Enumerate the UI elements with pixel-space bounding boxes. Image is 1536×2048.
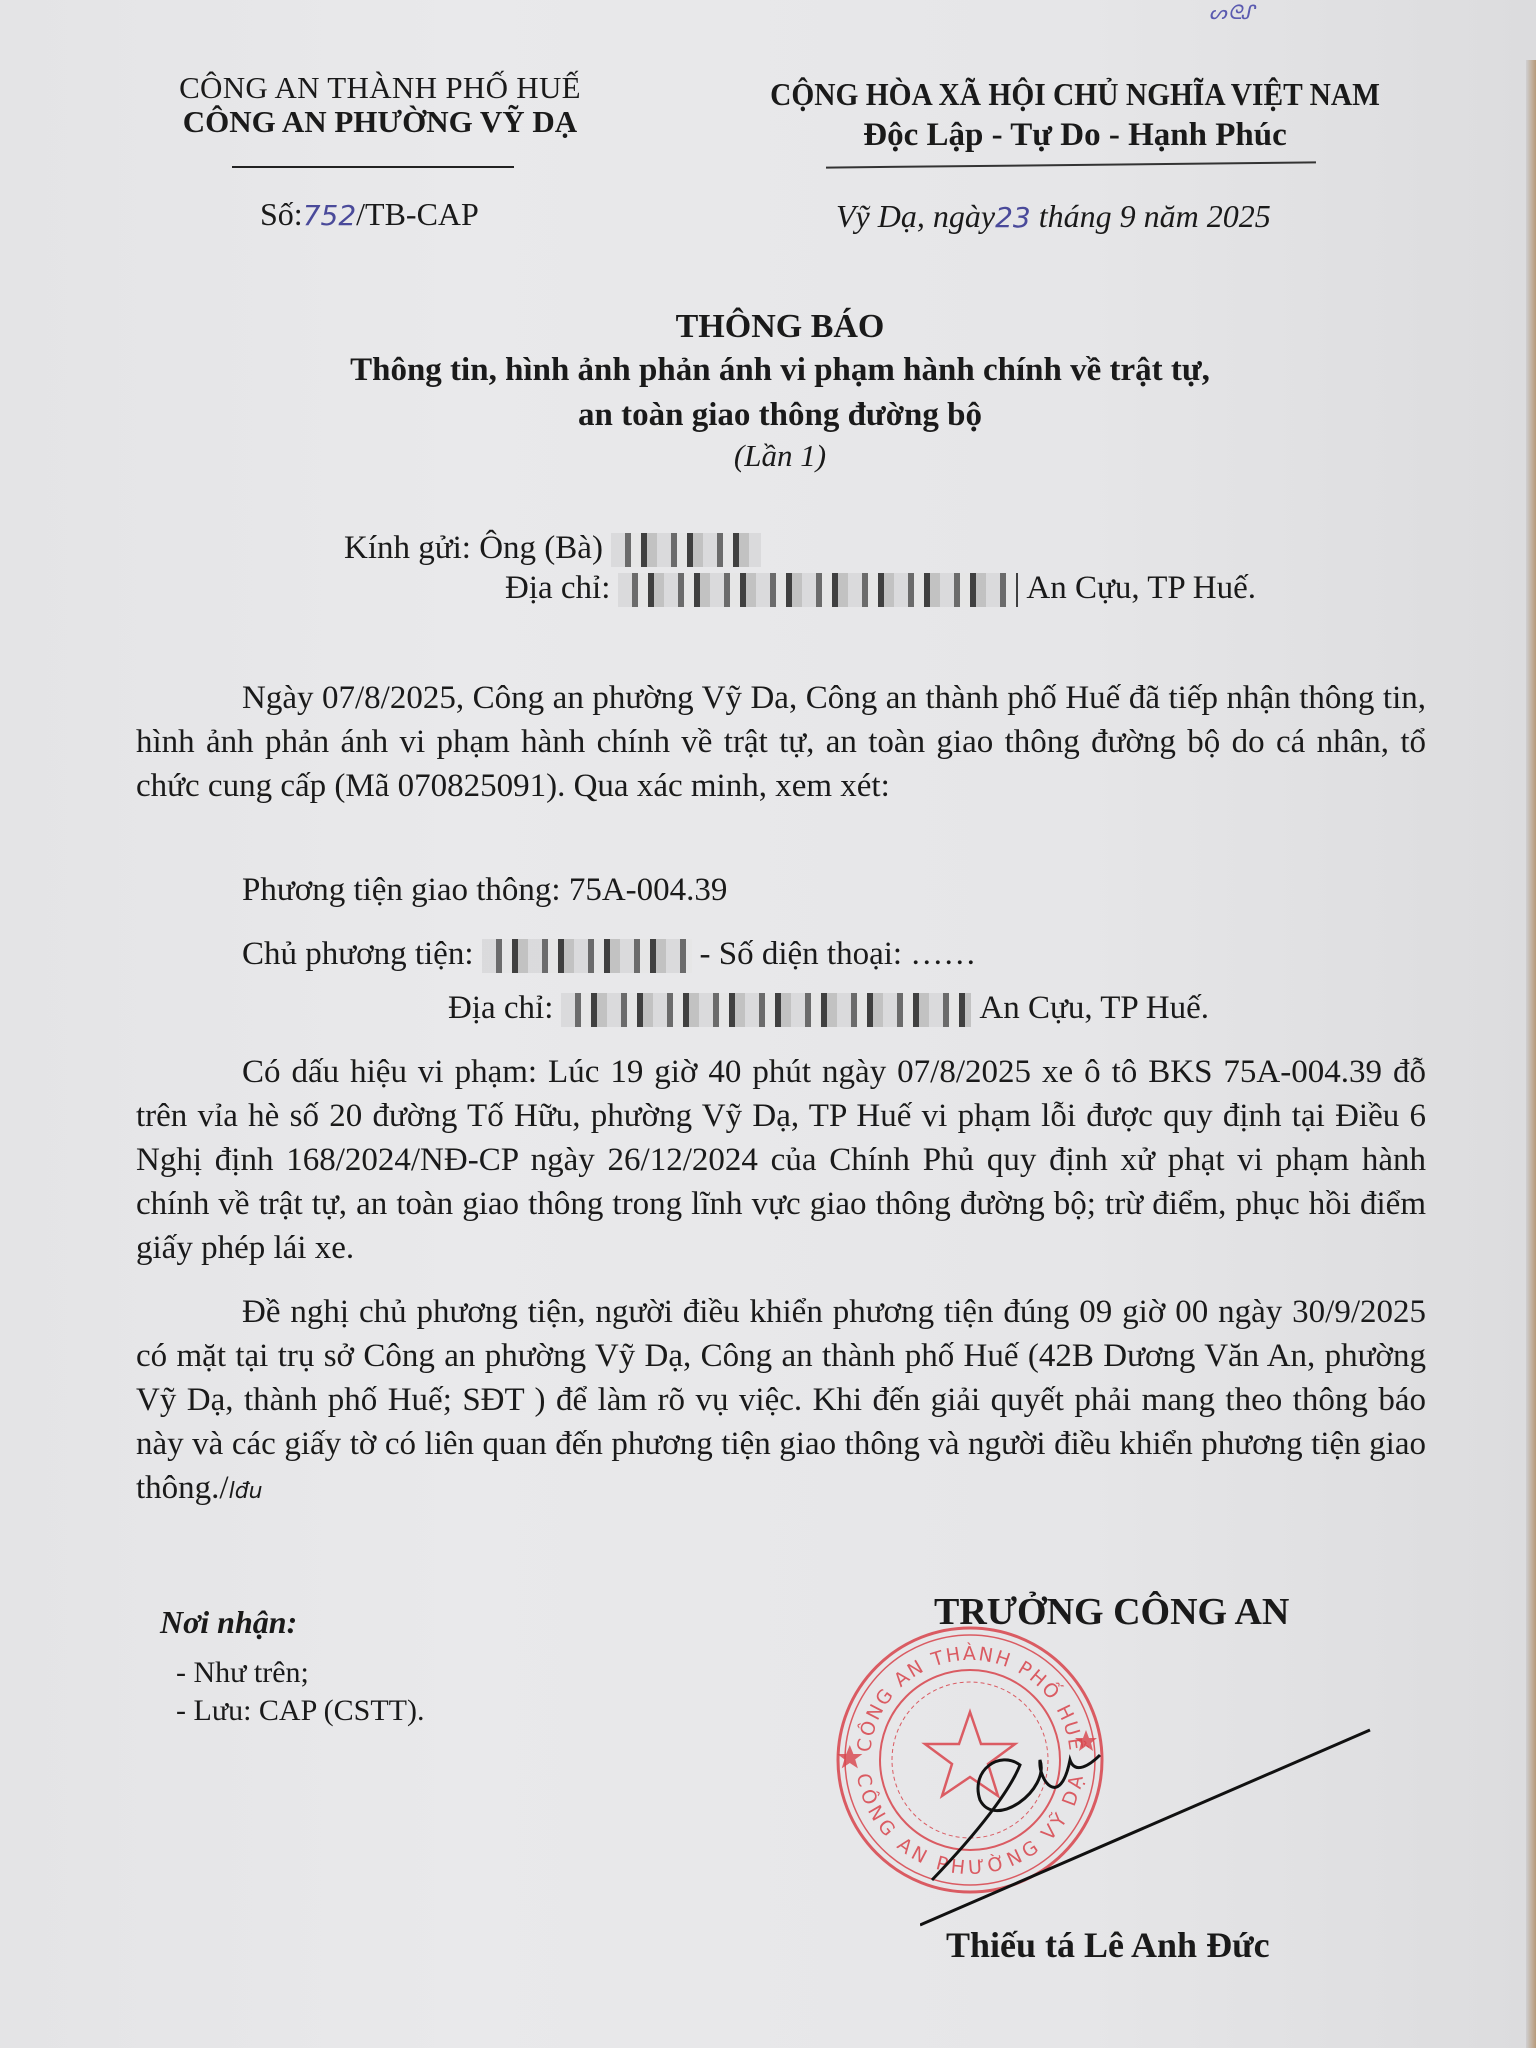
agency-underline (232, 166, 514, 168)
violation-paragraph: Có dấu hiệu vi phạm: Lúc 19 giờ 40 phút … (136, 1050, 1426, 1270)
request-paragraph: Đề nghị chủ phương tiện, người điều khiể… (136, 1290, 1426, 1514)
redacted-owner-address (561, 993, 971, 1027)
document-title: THÔNG BÁO Thông tin, hình ảnh phản ánh v… (160, 308, 1400, 474)
document-number: Số:752/TB-CAP (260, 196, 479, 233)
title-line-2: an toàn giao thông đường bộ (160, 397, 1400, 434)
redacted-address (618, 573, 1018, 607)
national-header: CỘNG HÒA XÃ HỘI CHỦ NGHĨA VIỆT NAM Độc L… (690, 76, 1460, 154)
issuing-agency-block: CÔNG AN THÀNH PHỐ HUẾ CÔNG AN PHƯỜNG VỸ … (130, 70, 630, 140)
signature-stroke-icon (920, 1720, 1390, 1930)
initial-mark: lđu (229, 1479, 263, 1504)
paper-edge (1526, 60, 1536, 2048)
motto-underline (826, 161, 1316, 168)
intro-paragraph: Ngày 07/8/2025, Công an phường Vỹ Da, Cô… (136, 676, 1426, 808)
handwritten-corner-mark: ᔕᘓᔑ (1210, 0, 1256, 24)
handwritten-number: 752 (303, 199, 356, 232)
title-line-1: Thông tin, hình ảnh phản ánh vi phạm hàn… (160, 352, 1400, 389)
recipient-item: - Lưu: CAP (CSTT). (176, 1694, 424, 1728)
title-heading: THÔNG BÁO (160, 308, 1400, 346)
redacted-name (611, 533, 761, 567)
recipient-item: - Như trên; (176, 1656, 309, 1690)
issue-date: Vỹ Dạ, ngày23 tháng 9 năm 2025 (836, 198, 1271, 235)
redacted-owner (482, 939, 692, 973)
parent-agency: CÔNG AN THÀNH PHỐ HUẾ (130, 70, 630, 106)
signer-name: Thiếu tá Lê Anh Đức (946, 1924, 1270, 1966)
vehicle-owner: Chủ phương tiện:- Số diện thoại: …… (242, 936, 976, 973)
owner-address: Địa chỉ:An Cựu, TP Huế. (448, 990, 1209, 1027)
recipient-line: Kính gửi: Ông (Bà) (344, 530, 769, 567)
national-motto: Độc Lập - Tự Do - Hạnh Phúc (690, 117, 1460, 154)
country-name: CỘNG HÒA XÃ HỘI CHỦ NGHĨA VIỆT NAM (721, 76, 1429, 113)
handwritten-day: 23 (995, 201, 1031, 234)
recipients-label: Nơi nhận: (160, 1604, 297, 1641)
recipient-address: Địa chỉ:An Cựu, TP Huế. (505, 570, 1256, 607)
vehicle-plate: Phương tiện giao thông: 75A-004.39 (242, 872, 727, 909)
agency-name: CÔNG AN PHƯỜNG VỸ DẠ (130, 104, 630, 140)
title-round: (Lần 1) (160, 438, 1400, 474)
